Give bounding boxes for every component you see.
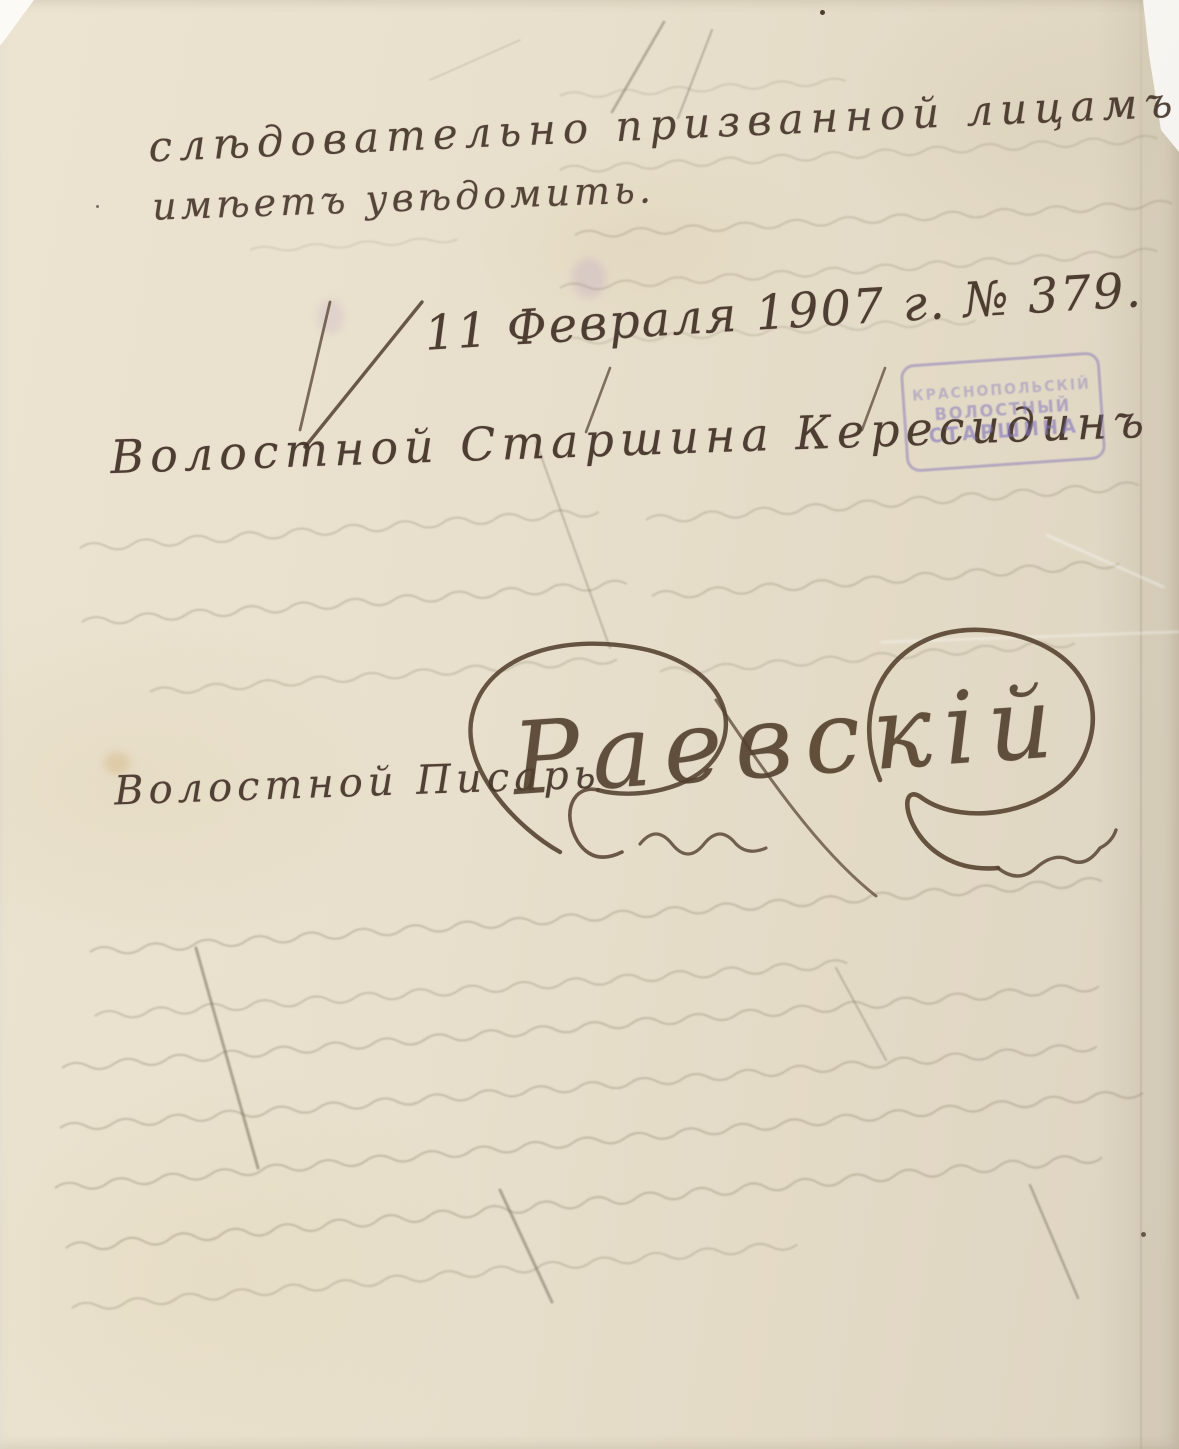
ink-speck	[96, 205, 99, 208]
purple-smudge	[572, 258, 606, 298]
volost-starshina-stamp: КРАСНОПОЛЬСКІЙ ВОЛОСТНЫЙ СТАРШИНА	[899, 351, 1106, 473]
purple-smudge	[318, 300, 344, 334]
ink-speck	[820, 10, 825, 15]
ink-speck	[1141, 1232, 1146, 1237]
